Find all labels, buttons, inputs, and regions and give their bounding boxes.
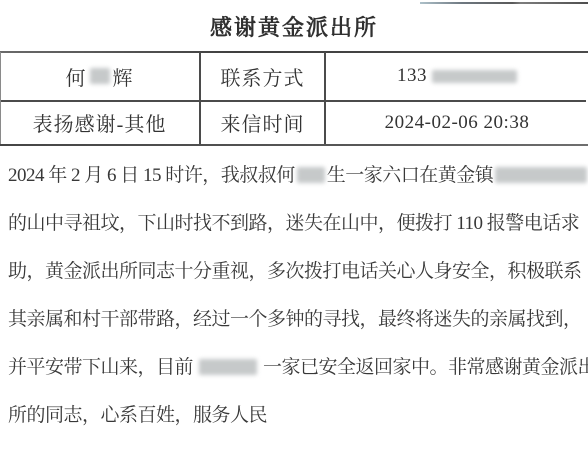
redaction-blur [432,70,517,83]
field-complainant-name: 何辉 [0,52,199,100]
field-letter-category: 表扬感谢-其他 [0,101,199,144]
body-line: 所的同志，心系百姓，服务人民 [8,392,582,440]
scanned-letter-document: 感谢黄金派出所 何辉 联系方式 133 表扬感谢-其他 来信时间 2024-02… [0,0,588,457]
redaction-blur [199,359,257,375]
document-title: 感谢黄金派出所 [0,11,588,42]
body-line1-seg1: 2024 年 2 月 6 日 15 时许，我叔叔何 [8,165,295,186]
body-line: 其亲属和村干部带路，经过一个多钟的寻找，最终将迷失的亲属找到， [8,296,582,344]
field-letter-time: 2024-02-06 20:38 [326,101,588,144]
body-line5-seg2: 一家已安全返回家中。非常感谢黄金派出 [263,357,588,378]
redaction-blur [495,167,587,183]
body-line: 的山中寻祖坟，下山时找不到路，迷失在山中，便拨打 110 报警电话求 [8,200,582,248]
letter-body: 2024 年 2 月 6 日 15 时许，我叔叔何生一家六口在黄金镇 的山中寻祖… [8,152,582,440]
body-line5-seg1: 并平安带下山来，目前 [8,357,193,378]
name-part1: 何 [66,62,87,91]
body-line: 2024 年 2 月 6 日 15 时许，我叔叔何生一家六口在黄金镇 [8,152,582,200]
table-border-line [0,144,588,146]
name-part2: 辉 [113,62,134,91]
label-contact-method: 联系方式 [201,52,324,100]
field-phone-number: 133 [326,52,588,100]
scan-edge-artifact [420,2,588,4]
phone-prefix: 133 [397,65,427,87]
redaction-blur [297,167,325,183]
redaction-blur [90,68,110,84]
body-line1-seg2: 生一家六口在黄金镇 [327,165,494,186]
label-letter-time: 来信时间 [201,101,324,144]
body-line: 并平安带下山来，目前一家已安全返回家中。非常感谢黄金派出 [8,344,582,392]
body-line: 助，黄金派出所同志十分重视，多次拨打电话关心人身安全，积极联系 [8,248,582,296]
